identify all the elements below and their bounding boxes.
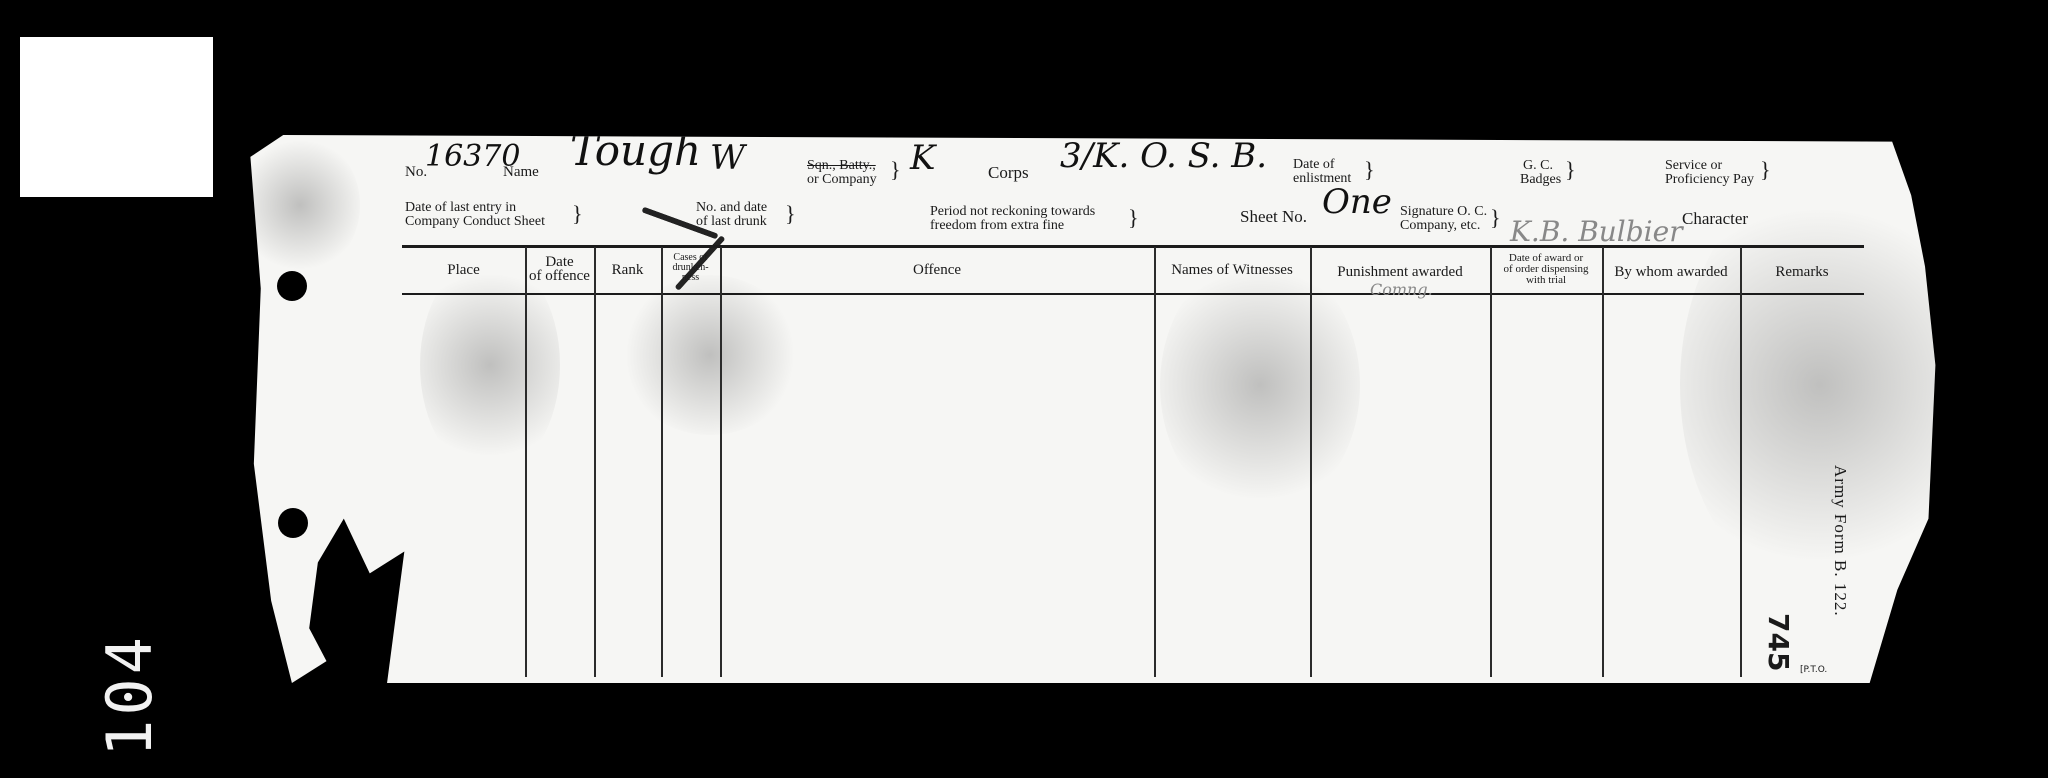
col-rank: Rank — [594, 263, 661, 277]
last-entry-label: Date of last entry in — [405, 201, 516, 215]
col-drunkenness: Cases ofdrunken-ness — [661, 253, 720, 283]
column-divider — [1490, 247, 1492, 677]
gc-badges-label: G. C. — [1523, 159, 1553, 173]
brace: } — [572, 201, 583, 227]
battery-label: Sqn., Batty., — [807, 159, 876, 173]
col-place: Place — [402, 263, 525, 277]
col-punishment: Punishment awarded — [1310, 265, 1490, 279]
column-divider — [720, 247, 722, 677]
column-header-rule — [402, 293, 1864, 295]
col-award-line3: with trial — [1526, 274, 1566, 286]
column-divider — [594, 247, 596, 677]
col-drunk-line3: ness — [682, 272, 699, 283]
col-date-offence: Dateof offence — [525, 255, 594, 283]
signature-label: Signature O. C. — [1400, 205, 1487, 219]
stamp-number: 745 — [1762, 613, 1795, 671]
period-label: Period not reckoning towards — [930, 205, 1095, 219]
initial-value: W — [710, 151, 745, 166]
col-date-award: Date of award orof order dispensingwith … — [1490, 253, 1602, 286]
last-drunk-label-2: of last drunk — [696, 215, 767, 229]
pencil-note: Comng. — [1370, 280, 1433, 299]
last-entry-label-2: Company Conduct Sheet — [405, 215, 545, 229]
stain — [620, 275, 800, 435]
brace: } — [890, 157, 901, 183]
column-divider — [1602, 247, 1604, 677]
gc-badges-label-2: Badges — [1520, 173, 1561, 187]
punch-hole — [278, 508, 308, 538]
column-divider — [1310, 247, 1312, 677]
column-divider — [1740, 247, 1742, 677]
brace: } — [1490, 205, 1501, 231]
column-divider — [525, 247, 527, 677]
company-value: K — [910, 151, 935, 166]
period-label-2: freedom from extra fine — [930, 219, 1064, 233]
header-rule — [402, 245, 1864, 248]
conduct-sheet: No. 16370 Name Tough W Sqn., Batty., or … — [240, 135, 1970, 683]
service-pay-label: Service or — [1665, 159, 1722, 173]
corps-label: Corps — [988, 165, 1029, 180]
sheet-no-value: One — [1322, 195, 1392, 210]
company-label: or Company — [807, 173, 877, 187]
surname-value: Tough — [570, 143, 701, 158]
no-label: No. — [405, 165, 427, 180]
pto-label: [P.T.O. — [1800, 665, 1827, 675]
regimental-number: 16370 — [425, 149, 520, 164]
brace: } — [1128, 205, 1139, 231]
last-drunk-label: No. and date — [696, 201, 767, 215]
col-offence: Offence — [720, 263, 1154, 277]
sheet-no-label: Sheet No. — [1240, 209, 1307, 224]
col-witnesses: Names of Witnesses — [1154, 263, 1310, 277]
brace: } — [1565, 157, 1576, 183]
col-remarks: Remarks — [1740, 265, 1864, 279]
col-by-whom: By whom awarded — [1602, 265, 1740, 279]
column-divider — [661, 247, 663, 677]
service-pay-label-2: Proficiency Pay — [1665, 173, 1754, 187]
stain — [240, 135, 360, 275]
brace: } — [1760, 157, 1771, 183]
enlistment-label: Date of — [1293, 158, 1335, 172]
brace: } — [1364, 157, 1375, 183]
stain — [420, 255, 560, 475]
form-name: Army Form B. 122. — [1830, 465, 1850, 617]
character-label: Character — [1682, 211, 1748, 226]
frame-number: 104 — [100, 620, 170, 770]
col-date-line2: of offence — [529, 268, 590, 284]
signature-value: K.B. Bulbier — [1510, 215, 1683, 248]
stain — [1680, 175, 1960, 595]
blank-white-card — [20, 37, 213, 197]
column-divider — [1154, 247, 1156, 677]
signature-label-2: Company, etc. — [1400, 219, 1480, 233]
corps-value: 3/K. O. S. B. — [1060, 149, 1267, 164]
brace: } — [785, 201, 796, 227]
punch-hole — [277, 271, 307, 301]
name-label: Name — [503, 165, 539, 180]
